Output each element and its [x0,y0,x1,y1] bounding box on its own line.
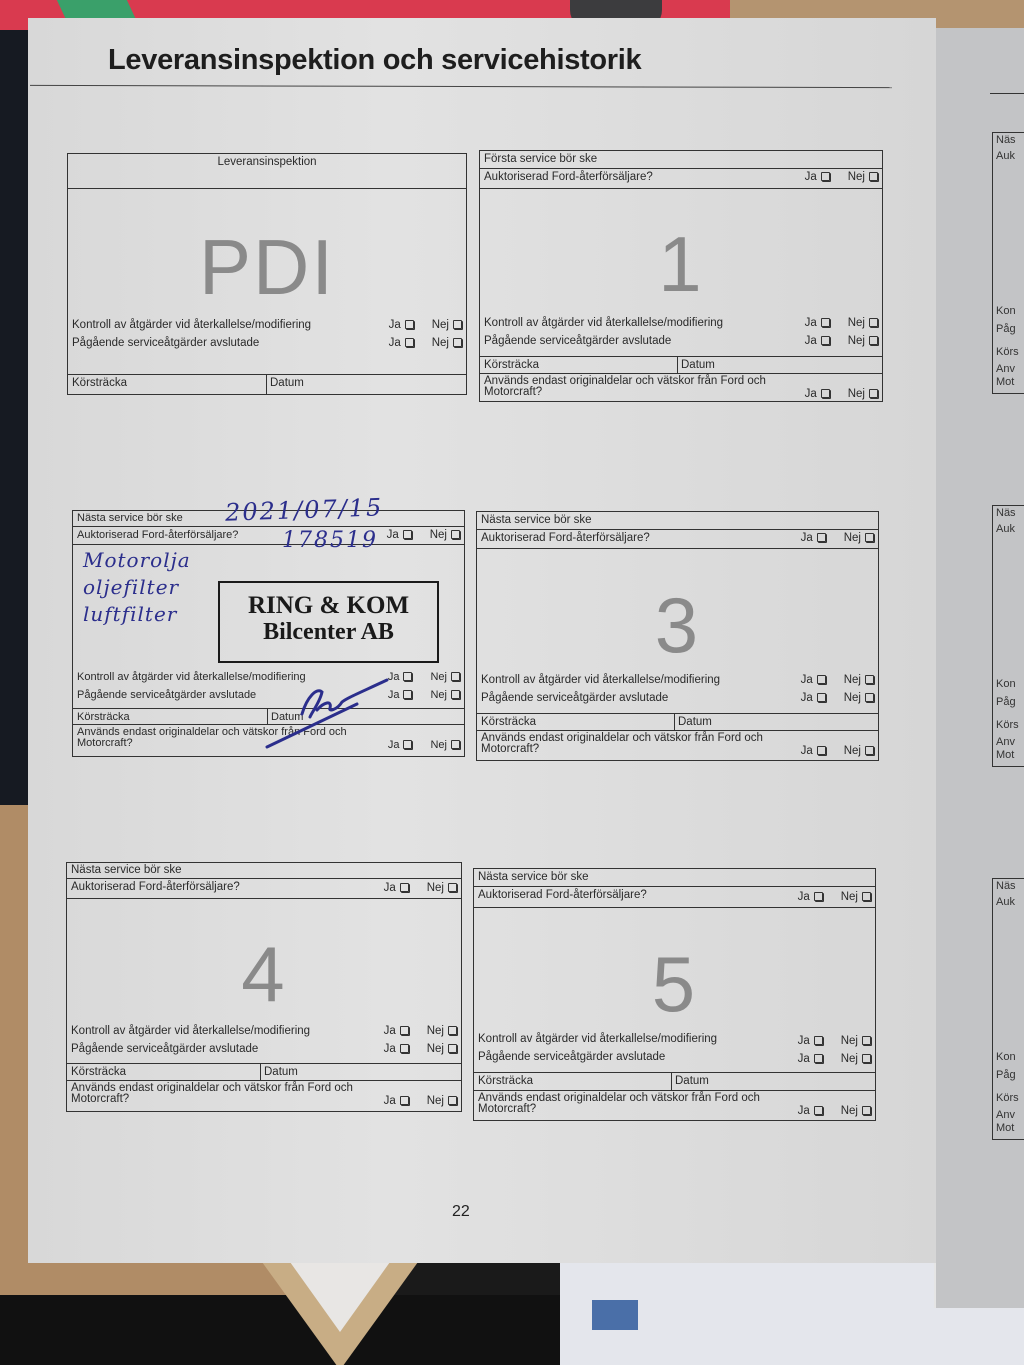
date-field[interactable]: Datum [675,1075,709,1087]
ja-checkbox[interactable] [821,172,830,181]
mileage-field[interactable]: Körsträcka [481,716,536,728]
nej-checkbox[interactable] [869,336,878,345]
pdi-header-row: Leveransinspektion [68,154,466,189]
nej-label: Nej [848,171,865,183]
recall-check-label: Kontroll av åtgärder vid återkallelse/mo… [478,1033,717,1045]
page-title: Leveransinspektion och servicehistorik [108,44,641,77]
nej-checkbox[interactable] [869,318,878,327]
fragment: Auk [996,150,1015,162]
nej-checkbox[interactable] [862,1036,871,1045]
nej-label: Nej [841,891,858,903]
original-parts-row: Används endast originaldelar och vätskor… [71,1083,457,1105]
ja-label: Ja [801,674,813,686]
service-1-number: 1 [480,219,882,310]
ja-label: Ja [389,337,401,349]
authorized-row: Auktoriserad Ford-återförsäljare? JaNej [480,169,882,189]
nej-label: Nej [848,388,865,400]
nej-label: Nej [848,317,865,329]
ja-label: Ja [798,891,810,903]
pdi-number: PDI [68,222,466,313]
ongoing-done-row: Pågående serviceåtgärder avslutade JaNej [478,1051,871,1063]
ja-checkbox[interactable] [821,389,830,398]
nej-label: Nej [427,882,444,894]
ja-label: Ja [798,1053,810,1065]
nej-checkbox[interactable] [448,883,457,892]
ja-checkbox[interactable] [817,746,826,755]
fragment: Mot [996,376,1014,388]
mileage-date-row: Körsträcka Datum [474,1072,875,1091]
ja-checkbox[interactable] [403,672,412,681]
nej-checkbox[interactable] [453,338,462,347]
nej-label: Nej [848,335,865,347]
nej-checkbox[interactable] [453,320,462,329]
nej-checkbox[interactable] [869,389,878,398]
authorized-row: Auktoriserad Ford-återförsäljare? JaNej [67,879,461,899]
facing-page-box-1: Näs Auk Kon Påg Körs Anv Mot [992,132,1024,394]
divider [674,714,675,730]
fragment: Näs [996,507,1016,519]
ja-checkbox[interactable] [814,1106,823,1115]
handwritten-notes: Motorolja oljefilter luftfilter [83,547,191,628]
ja-label: Ja [801,745,813,757]
fragment: Näs [996,880,1016,892]
nej-label: Nej [844,692,861,704]
original-parts-row: Används endast originaldelar och vätskor… [481,733,874,755]
fragment: Körs [996,1092,1019,1104]
ja-checkbox[interactable] [817,693,826,702]
ja-checkbox[interactable] [405,338,414,347]
mileage-date-row: Körsträcka Datum [68,374,466,394]
nej-label: Nej [427,1043,444,1055]
divider [260,1064,261,1080]
mileage-date-row: Körsträcka Datum [67,1063,461,1081]
handwritten-date: 2021/07/15 [225,493,384,527]
fragment: Körs [996,346,1019,358]
ja-checkbox[interactable] [814,1036,823,1045]
service-5-header-row: Nästa service bör ske [474,869,875,887]
authorized-label: Auktoriserad Ford-återförsäljare? [484,171,653,183]
mileage-field[interactable]: Körsträcka [484,359,539,371]
ja-checkbox[interactable] [400,1096,409,1105]
ja-checkbox[interactable] [814,1054,823,1063]
ja-label: Ja [805,317,817,329]
page-number: 22 [452,1203,470,1221]
service-3-header-row: Nästa service bör ske [477,512,878,530]
service-4-header: Nästa service bör ske [71,864,182,876]
recall-check-label: Kontroll av åtgärder vid återkallelse/mo… [71,1025,310,1037]
service-3-box: Nästa service bör ske Auktoriserad Ford-… [476,511,879,761]
ja-checkbox[interactable] [400,883,409,892]
fragment: Auk [996,523,1015,535]
ja-checkbox[interactable] [403,740,412,749]
nej-label: Nej [841,1053,858,1065]
ja-checkbox[interactable] [400,1044,409,1053]
note-engine-oil: Motorolja [83,547,191,574]
fragment: Påg [996,1069,1016,1081]
ongoing-done-label: Pågående serviceåtgärder avslutade [481,692,668,704]
fragment: Påg [996,696,1016,708]
nej-label: Nej [844,745,861,757]
mileage-field[interactable]: Körsträcka [71,1066,126,1078]
fragment: Mot [996,1122,1014,1134]
ja-label: Ja [798,1105,810,1117]
facing-page-box-2: Näs Auk Kon Påg Körs Anv Mot [992,505,1024,767]
ja-checkbox[interactable] [821,318,830,327]
ongoing-done-row: Pågående serviceåtgärder avslutade JaNej [72,337,462,349]
ja-label: Ja [801,532,813,544]
nej-checkbox[interactable] [448,1044,457,1053]
service-1-header-row: Första service bör ske [480,151,882,169]
ja-label: Ja [389,319,401,331]
ja-label: Ja [384,1025,396,1037]
fragment: Anv [996,736,1015,748]
ongoing-done-row: Pågående serviceåtgärder avslutade JaNej [484,335,878,347]
nej-label: Nej [844,674,861,686]
facing-page-rule [990,93,1024,94]
nej-label: Nej [430,671,447,683]
nej-checkbox[interactable] [862,1054,871,1063]
recall-check-label: Kontroll av åtgärder vid återkallelse/mo… [484,317,723,329]
authorized-row: Auktoriserad Ford-återförsäljare? JaNej [474,887,875,908]
service-1-box: Första service bör ske Auktoriserad Ford… [479,150,883,402]
fragment: Kon [996,1051,1016,1063]
nej-label: Nej [427,1025,444,1037]
recall-check-row: Kontroll av åtgärder vid återkallelse/mo… [478,1033,871,1045]
envelope-flap-inner [290,1262,390,1332]
fragment: Påg [996,323,1016,335]
nej-label: Nej [430,689,447,701]
nej-label: Nej [841,1105,858,1117]
nej-label: Nej [432,337,449,349]
signature [262,672,392,752]
facing-page-box-3: Näs Auk Kon Påg Körs Anv Mot [992,878,1024,1140]
divider [671,1073,672,1090]
divider [266,375,267,394]
blue-tab [592,1300,638,1330]
authorized-label: Auktoriserad Ford-återförsäljare? [478,889,647,901]
recall-check-label: Kontroll av åtgärder vid återkallelse/mo… [72,319,311,331]
ongoing-done-row: Pågående serviceåtgärder avslutade JaNej [71,1043,457,1055]
original-parts-row: Används endast originaldelar och vätskor… [478,1093,871,1115]
mileage-date-row: Körsträcka Datum [480,356,882,374]
nej-checkbox[interactable] [862,892,871,901]
fragment: Mot [996,749,1014,761]
service-3-number: 3 [477,580,878,671]
ja-checkbox[interactable] [817,533,826,542]
date-field[interactable]: Datum [681,359,715,371]
nej-checkbox[interactable] [448,1096,457,1105]
authorized-label: Auktoriserad Ford-återförsäljare? [77,529,238,541]
ja-checkbox[interactable] [403,690,412,699]
note-oil-filter: oljefilter [83,574,191,601]
service-2-header: Nästa service bör ske [77,512,183,524]
recall-check-row: Kontroll av åtgärder vid återkallelse/mo… [71,1025,457,1037]
fragment: Anv [996,1109,1015,1121]
pdi-header: Leveransinspektion [68,156,466,168]
service-4-header-row: Nästa service bör ske [67,863,461,879]
original-parts-label: Används endast originaldelar och vätskor… [484,376,878,387]
stamp-line-1: RING & KOM [220,593,437,619]
authorized-label: Auktoriserad Ford-återförsäljare? [481,532,650,544]
date-field[interactable]: Datum [270,377,304,389]
mileage-date-row: Körsträcka Datum [477,713,878,731]
ja-label: Ja [387,529,399,541]
original-parts-label: Används endast originaldelar och vätskor… [481,733,874,744]
ja-checkbox[interactable] [400,1026,409,1035]
ja-checkbox[interactable] [817,675,826,684]
ja-label: Ja [805,335,817,347]
service-5-number: 5 [474,939,875,1030]
nej-label: Nej [430,739,447,751]
service-4-box: Nästa service bör ske Auktoriserad Ford-… [66,862,462,1112]
nej-label: Nej [430,529,447,541]
mileage-field[interactable]: Körsträcka [77,711,130,723]
ja-label: Ja [384,1043,396,1055]
fragment: Anv [996,363,1015,375]
nej-label: Nej [841,1035,858,1047]
recall-check-row: Kontroll av åtgärder vid återkallelse/mo… [72,319,462,331]
ongoing-done-label: Pågående serviceåtgärder avslutade [72,337,259,349]
ja-label: Ja [384,882,396,894]
mileage-field[interactable]: Körsträcka [478,1075,533,1087]
authorized-row: Auktoriserad Ford-återförsäljare? JaNej [477,530,878,549]
nej-checkbox[interactable] [865,675,874,684]
pdi-box: Leveransinspektion PDI Kontroll av åtgär… [67,153,467,395]
nej-checkbox[interactable] [451,530,460,539]
recall-check-row: Kontroll av åtgärder vid återkallelse/mo… [484,317,878,329]
ongoing-done-label: Pågående serviceåtgärder avslutade [71,1043,258,1055]
ongoing-done-label: Pågående serviceåtgärder avslutade [484,335,671,347]
ongoing-done-label: Pågående serviceåtgärder avslutade [478,1051,665,1063]
fragment: Kon [996,678,1016,690]
dealer-stamp: RING & KOM Bilcenter AB [218,581,439,663]
recall-check-row: Kontroll av åtgärder vid återkallelse/mo… [481,674,874,686]
note-air-filter: luftfilter [83,601,191,628]
nej-checkbox[interactable] [865,533,874,542]
ja-checkbox[interactable] [403,530,412,539]
fragment: Auk [996,896,1015,908]
original-parts-label: Används endast originaldelar och vätskor… [478,1093,871,1104]
authorized-row: Auktoriserad Ford-återförsäljare? JaNej [73,527,464,545]
ongoing-done-label: Pågående serviceåtgärder avslutade [77,689,256,701]
handwritten-mileage: 178519 [282,528,378,553]
service-1-header: Första service bör ske [484,153,597,165]
recall-check-label: Kontroll av åtgärder vid återkallelse/mo… [481,674,720,686]
nej-checkbox[interactable] [869,172,878,181]
nej-label: Nej [427,1095,444,1107]
ja-label: Ja [805,171,817,183]
fragment: Kon [996,305,1016,317]
ja-label: Ja [801,692,813,704]
nej-checkbox[interactable] [862,1106,871,1115]
service-5-box: Nästa service bör ske Auktoriserad Ford-… [473,868,876,1121]
ja-label: Ja [384,1095,396,1107]
nej-checkbox[interactable] [451,740,460,749]
nej-label: Nej [844,532,861,544]
date-field[interactable]: Datum [264,1066,298,1078]
authorized-label: Auktoriserad Ford-återförsäljare? [71,881,240,893]
ja-checkbox[interactable] [814,892,823,901]
nej-checkbox[interactable] [451,690,460,699]
stamp-line-2: Bilcenter AB [220,619,437,645]
ja-label: Ja [805,388,817,400]
fragment: Körs [996,719,1019,731]
nej-checkbox[interactable] [448,1026,457,1035]
ja-checkbox[interactable] [821,336,830,345]
ja-checkbox[interactable] [405,320,414,329]
service-4-number: 4 [67,929,461,1020]
ongoing-done-row: Pågående serviceåtgärder avslutade JaNej [481,692,874,704]
original-parts-row: Används endast originaldelar och vätskor… [484,376,878,398]
mileage-field[interactable]: Körsträcka [72,377,127,389]
service-3-header: Nästa service bör ske [481,514,592,526]
nej-checkbox[interactable] [451,672,460,681]
nej-checkbox[interactable] [865,746,874,755]
nej-checkbox[interactable] [865,693,874,702]
divider [677,357,678,373]
service-5-header: Nästa service bör ske [478,871,589,883]
nej-label: Nej [432,319,449,331]
fragment: Näs [996,134,1016,146]
ja-label: Ja [798,1035,810,1047]
date-field[interactable]: Datum [678,716,712,728]
